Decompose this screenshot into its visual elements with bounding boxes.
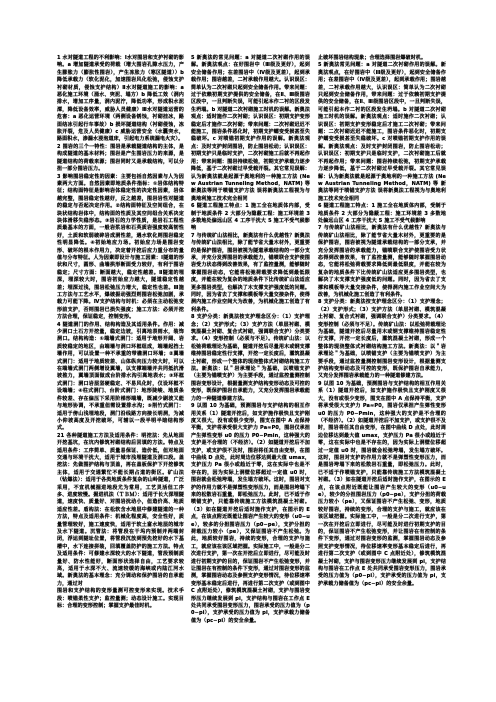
paragraph-natm-goals: 围岩和支护结构的变形量测可控变形来实现。技术手段：喷锚柔性支护；监控量测；动态设… — [57, 588, 184, 610]
notes-column-middle: 5 新奥法的常见问题：a 对隧道二次衬砌作用的误解。新奥法观点：在好围岩中（Ⅲ级… — [191, 55, 310, 625]
paragraph-portal-types: 4 隧道洞门的作用、结构构造及其适用条件。作用：减少洞口土石方开挖量，稳定边坡，… — [57, 322, 184, 433]
paragraph-support-classification: 8 支护分类：新奥法按支护理念区分：（1）支护理念；（2）支护形式；（3）支护方… — [191, 314, 310, 403]
paragraph-tunnel-construction-features: 6 隧道工程施工特点：1 施工全在地质体内部，受制于地质条件 2 大部分为隐蔽工… — [191, 203, 310, 233]
paragraph-construction-methods: 21 各种隧道施工方法及适用条件：明挖法：先从地面开挖基坑，在坑内修筑衬砌结构后… — [57, 433, 184, 589]
notes-column-left: 1 水对隧道工程的不利影响：Ⅰ水对围岩和支护衬砌的影响。a 增加隧道承受的荷载（… — [57, 55, 184, 610]
paragraph-natm-vs-mining-method: 7 与传统矿山法相比，新奥法有什么优越性？新奥法与传统矿山法相比，除了能节省大量… — [191, 233, 310, 314]
paragraph-stability-factors: 3 影响围岩稳定性的因素：主要包括自然因素与人为因素两大方面。自然因素即地质条件… — [57, 174, 184, 322]
notes-column-right: 止破坏围岩结构现象；合理选择围岩爆破时机。 5 新奥法常见问题：a 对隧道二次衬… — [318, 55, 446, 588]
scanned-notes-page: 1 水对隧道工程的不利影响：Ⅰ水对围岩和支护衬砌的影响。a 增加隧道承受的荷载（… — [0, 0, 496, 702]
paragraph-ground-support-interaction: 9 以图 10 为基础，预测围岩与支护结构的相互作用关系（1）隧道开挖后，如支护… — [191, 403, 310, 625]
paragraph-water-effects: 1 水对隧道工程的不利影响：Ⅰ水对围岩和支护衬砌的影响。a 增加隧道承受的荷载（… — [57, 55, 184, 144]
paragraph-support-classification-repeat: 8 支护分类：新奥法按支护理念区分：（1）支护理念；（2）支护形式；（3）支护方… — [318, 299, 446, 380]
paragraph-surrounding-rock-traits: 2 围岩的三个一特性：围岩是承载隧道结构的主体，是构成隧道的基本材料；围岩是产生… — [57, 144, 184, 174]
paragraph-natm-misconceptions-repeat: 5 新奥法常见问题：a 对隧道二次衬砌作用的误解。新奥法观点，在好围岩中（Ⅲ级及… — [318, 62, 446, 203]
paragraph-ground-support-interaction-repeat: 9 以图 10 为基础，预测围岩与支护结构的相互作用关系（1）隧道开挖后，如支护… — [318, 381, 446, 588]
paragraph-tunnel-construction-features-repeat: 6 隧道工程施工特点：1 施工全在地质体内部，受制于地质条件 2 大部分为隐蔽工… — [318, 203, 446, 225]
paragraph-natm-vs-mining-method-repeat: 7 与传统矿山法相比，新奥法有什么优越性？新奥法与传统矿山法相比，除了能节省大量… — [318, 225, 446, 299]
paragraph-natm-misconceptions: 5 新奥法的常见问题：a 对隧道二次衬砌作用的误解。新奥法观点：在好围岩中（Ⅲ级… — [191, 55, 310, 203]
